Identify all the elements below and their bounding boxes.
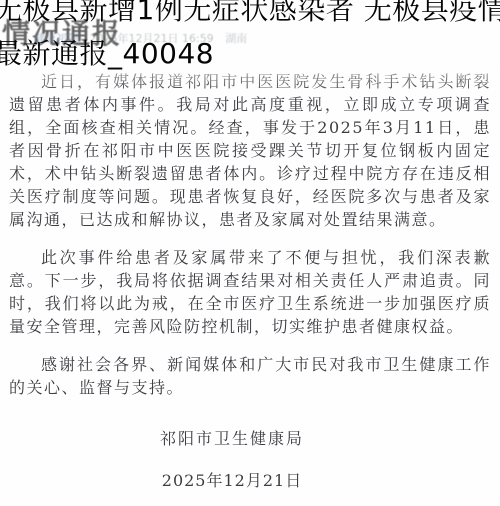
page-title-line-2: 最新通报_40048 — [0, 32, 500, 76]
page-title: 无极县新增1例无症状感染者 无极县疫情防控 最新通报_40048 — [0, 0, 500, 76]
notice-paragraph: 近日，有媒体报道祁阳市中医医院发生骨科手术钻头断裂遗留患者体内事件。我局对此高度… — [9, 70, 491, 231]
notice-paragraph: 感谢社会各界、新闻媒体和广大市民对我市卫生健康工作的关心、监督与支持。 — [9, 353, 491, 399]
notice-body: 近日，有媒体报道祁阳市中医医院发生骨科手术钻头断裂遗留患者体内事件。我局对此高度… — [0, 70, 500, 492]
signature-block: 祁阳市卫生健康局 2025年12月21日 — [0, 427, 473, 492]
article-page: 情况通报 健康祁阳 2025年12月21日 16:59 湖南 近日，有媒体报道祁… — [0, 0, 500, 506]
page-title-line-1: 无极县新增1例无症状感染者 无极县疫情防控 — [0, 0, 500, 32]
notice-paragraph: 此次事件给患者及家属带来了不便与担忧，我们深表歉意。下一步，我局将依据调查结果对… — [9, 246, 491, 338]
signature-date: 2025年12月21日 — [0, 469, 473, 492]
signature: 祁阳市卫生健康局 — [0, 427, 473, 450]
